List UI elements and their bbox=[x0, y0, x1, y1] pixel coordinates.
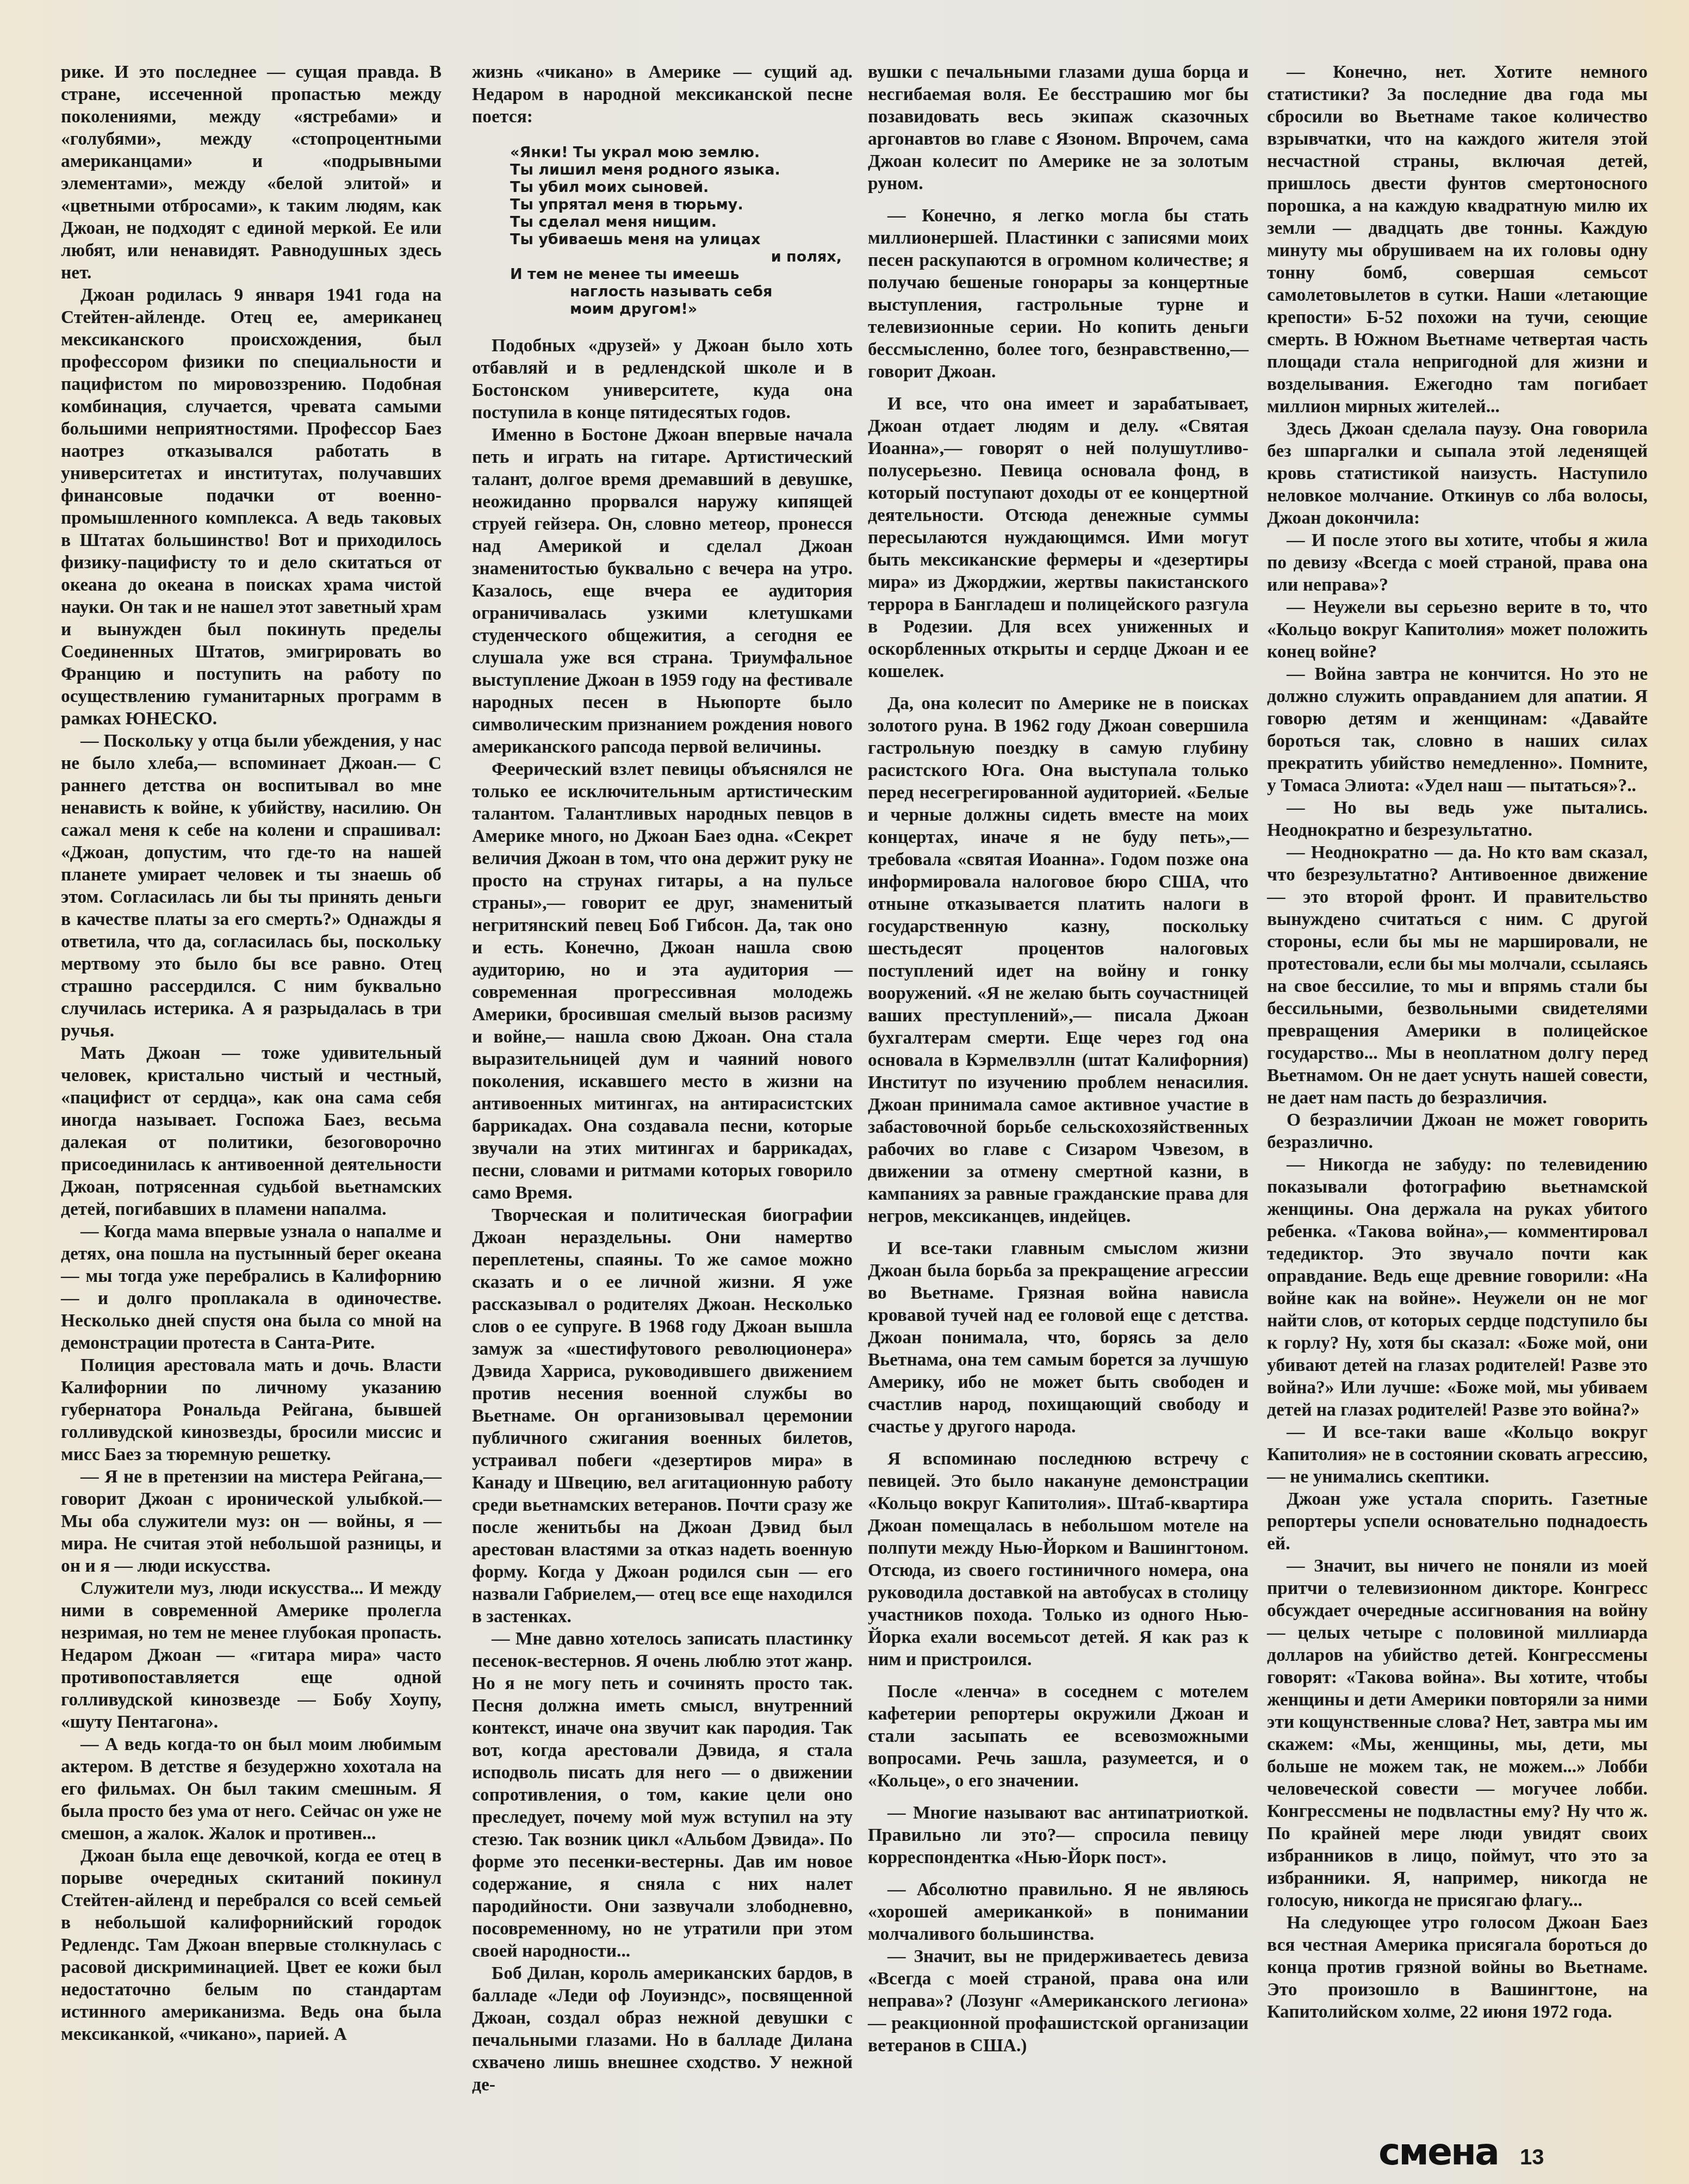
paragraph: И все, что она имеет и зарабатывает, Джо… bbox=[868, 393, 1249, 682]
magazine-page: рике. И это последнее — сущая правда. В … bbox=[0, 0, 1689, 2184]
page-footer: смена 13 bbox=[1378, 2131, 1544, 2174]
paragraph: — Война завтра не кончится. Но это не до… bbox=[1267, 663, 1648, 797]
paragraph: Джоан родилась 9 января 1941 года на Сте… bbox=[61, 284, 442, 730]
paragraph: Творческая и политическая биографии Джоа… bbox=[472, 1204, 853, 1628]
paragraph: Служители муз, люди искусства... И между… bbox=[61, 1577, 442, 1733]
magazine-logo: смена bbox=[1378, 2131, 1498, 2174]
page-number: 13 bbox=[1520, 2145, 1544, 2170]
paragraph: — Многие называют вас антипатриоткой. Пр… bbox=[868, 1802, 1249, 1869]
poem-line: Ты сделал меня нищим. bbox=[510, 214, 853, 231]
paragraph: — А ведь когда-то он был моим любимым ак… bbox=[61, 1733, 442, 1845]
paragraph: Полиция арестовала мать и дочь. Власти К… bbox=[61, 1354, 442, 1466]
paragraph: Мать Джоан — тоже удивительный человек, … bbox=[61, 1042, 442, 1220]
paragraph: жизнь «чикано» в Америке — сущий ад. Нед… bbox=[472, 61, 853, 128]
poem-line: И тем не менее ты имеешь bbox=[510, 266, 853, 283]
paragraph: И все-таки главным смыслом жизни Джоан б… bbox=[868, 1237, 1249, 1438]
paragraph: рике. И это последнее — сущая правда. В … bbox=[61, 61, 442, 284]
paragraph: После «ленча» в соседнем с мотелем кафет… bbox=[868, 1680, 1249, 1792]
paragraph: Феерический взлет певицы объяснялся не т… bbox=[472, 758, 853, 1204]
paragraph: — Конечно, я легко могла бы стать миллио… bbox=[868, 204, 1249, 383]
paragraph: Здесь Джоан сделала паузу. Она говорила … bbox=[1267, 418, 1648, 529]
poem-line: Ты убил моих сыновей. bbox=[510, 179, 853, 196]
paragraph: — Когда мама впервые узнала о напалме и … bbox=[61, 1220, 442, 1354]
paragraph: — Значит, вы не придерживаетесь девиза «… bbox=[868, 1945, 1249, 2057]
column-2: жизнь «чикано» в Америке — сущий ад. Нед… bbox=[472, 61, 853, 2096]
poem-quote: «Янки! Ты украл мою землю.Ты лишил меня … bbox=[510, 144, 853, 318]
poem-line: и полях, bbox=[510, 249, 842, 266]
column-4: — Конечно, нет. Хотите немного статистик… bbox=[1267, 61, 1648, 2023]
paragraph: — Но вы ведь уже пытались. Неоднократно … bbox=[1267, 797, 1648, 841]
poem-line: моим другом!» bbox=[510, 301, 853, 318]
paragraph: — Никогда не забуду: по телевидению пока… bbox=[1267, 1153, 1648, 1421]
paragraph: — Неоднократно — да. Но кто вам сказал, … bbox=[1267, 841, 1648, 1109]
paragraph: — Поскольку у отца были убеждения, у нас… bbox=[61, 730, 442, 1042]
column-3: вушки с печальными глазами душа борца и … bbox=[868, 61, 1249, 2057]
paragraph: — Неужели вы серьезно верите в то, что «… bbox=[1267, 596, 1648, 663]
poem-line: Ты лишил меня родного языка. bbox=[510, 162, 853, 179]
column-1: рике. И это последнее — сущая правда. В … bbox=[61, 61, 442, 2045]
poem-line: Ты упрятал меня в тюрьму. bbox=[510, 196, 853, 214]
paragraph: Боб Дилан, король американских бардов, в… bbox=[472, 1962, 853, 2096]
paragraph: О безразличии Джоан не может говорить бе… bbox=[1267, 1109, 1648, 1153]
poem-line: «Янки! Ты украл мою землю. bbox=[510, 144, 853, 162]
paragraph: вушки с печальными глазами душа борца и … bbox=[868, 61, 1249, 195]
paragraph: — Конечно, нет. Хотите немного статистик… bbox=[1267, 61, 1648, 418]
poem-line: Ты убиваешь меня на улицах bbox=[510, 231, 853, 249]
paragraph: Я вспоминаю последнюю встречу с певицей.… bbox=[868, 1448, 1249, 1671]
paragraph: — Мне давно хотелось записать пластинку … bbox=[472, 1628, 853, 1962]
paragraph: Подобных «друзей» у Джоан было хоть отба… bbox=[472, 334, 853, 424]
paragraph: Джоан уже устала спорить. Газетные репор… bbox=[1267, 1488, 1648, 1555]
paragraph: На следующее утро голосом Джоан Баез вся… bbox=[1267, 1912, 1648, 2023]
poem-line: наглость называть себя bbox=[510, 283, 853, 301]
paragraph: — И после этого вы хотите, чтобы я жила … bbox=[1267, 529, 1648, 596]
paragraph: Да, она колесит по Америке не в поисках … bbox=[868, 692, 1249, 1227]
paragraph: — И все-таки ваше «Кольцо вокруг Капитол… bbox=[1267, 1421, 1648, 1488]
paragraph: Именно в Бостоне Джоан впервые начала пе… bbox=[472, 424, 853, 758]
paragraph: — Абсолютно правильно. Я не являюсь «хор… bbox=[868, 1878, 1249, 1945]
paragraph: — Значит, вы ничего не поняли из моей пр… bbox=[1267, 1555, 1648, 1912]
paragraph: Джоан была еще девочкой, когда ее отец в… bbox=[61, 1845, 442, 2045]
paragraph: — Я не в претензии на мистера Рейгана,— … bbox=[61, 1466, 442, 1577]
